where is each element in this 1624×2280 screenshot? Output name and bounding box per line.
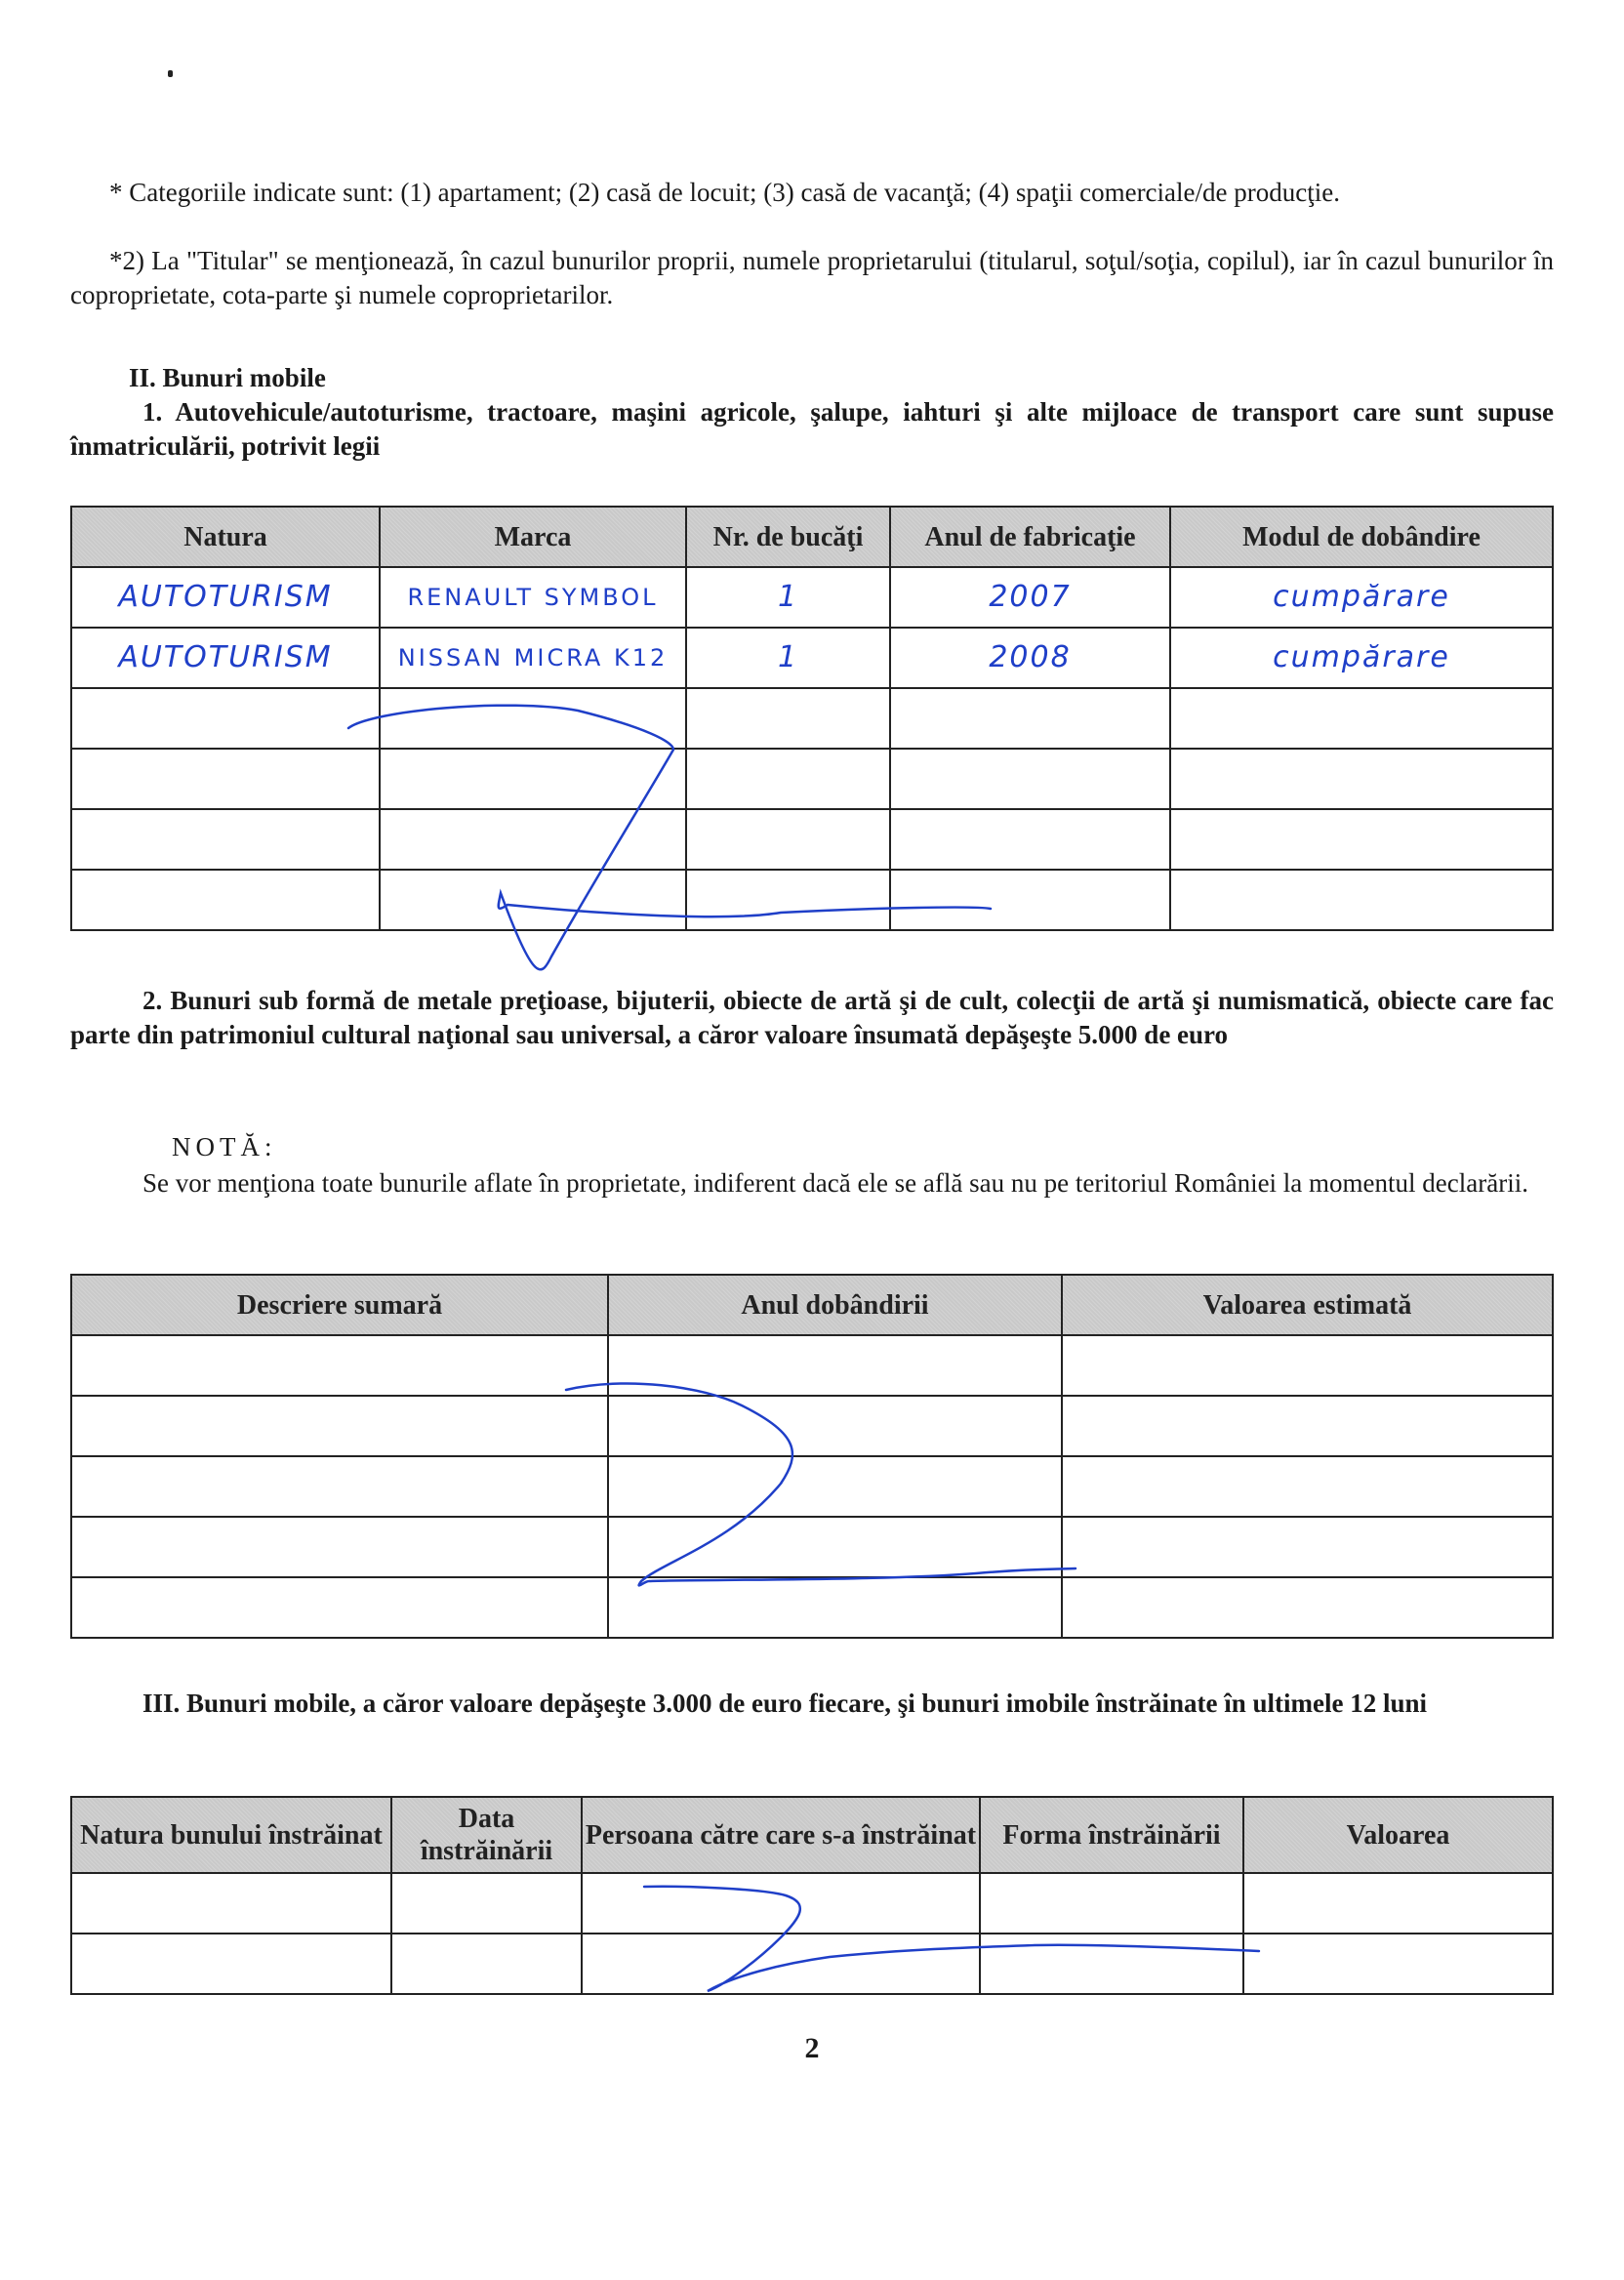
table-row-empty: [71, 1934, 1553, 1994]
cell-marca: RENAULT SYMBOL: [407, 584, 658, 611]
col-header-anul-dobandirii: Anul dobândirii: [608, 1275, 1062, 1335]
table-row-empty: [71, 1396, 1553, 1456]
col-header-natura-bunului: Natura bunului înstrăinat: [71, 1797, 391, 1873]
table-row: AUTOTURISM RENAULT SYMBOL 1 2007 cumpăra…: [71, 567, 1553, 628]
table-row-empty: [71, 1873, 1553, 1934]
col-header-forma-instrainarii: Forma înstrăinării: [980, 1797, 1243, 1873]
col-header-marca: Marca: [380, 507, 686, 567]
scan-speck: [168, 70, 173, 77]
alienated-assets-table: Natura bunului înstrăinat Data înstrăină…: [70, 1796, 1554, 1995]
note-label: NOTĂ:: [172, 1130, 277, 1164]
section-title-bunuri-mobile: II. Bunuri mobile: [129, 361, 714, 395]
subsection-1-title: 1. Autovehicule/autoturisme, tractoare, …: [70, 395, 1554, 464]
page-number: 2: [763, 2032, 861, 2065]
cell-nr: 1: [778, 640, 798, 674]
col-header-anul-fabricatie: Anul de fabricaţie: [890, 507, 1170, 567]
col-header-nr-bucati: Nr. de bucăţi: [686, 507, 890, 567]
cell-natura: AUTOTURISM: [118, 580, 332, 614]
table-row-empty: [71, 1577, 1553, 1638]
col-header-valoarea-estimata: Valoarea estimată: [1062, 1275, 1553, 1335]
col-header-modul-dobandire: Modul de dobândire: [1170, 507, 1553, 567]
cell-an: 2008: [989, 640, 1071, 674]
table-row-empty: [71, 1456, 1553, 1517]
note-text: Se vor menţiona toate bunurile aflate în…: [70, 1166, 1554, 1201]
cell-natura: AUTOTURISM: [118, 640, 332, 674]
table-row-empty: [71, 1335, 1553, 1396]
cell-an: 2007: [989, 580, 1071, 614]
col-header-natura: Natura: [71, 507, 380, 567]
col-header-data-instrainarii: Data înstrăinării: [391, 1797, 582, 1873]
cell-marca: NISSAN MICRA K12: [398, 644, 669, 672]
col-header-persoana: Persoana către care s-a înstrăinat: [582, 1797, 980, 1873]
table-row-empty: [71, 688, 1553, 749]
table-row-empty: [71, 749, 1553, 809]
cell-nr: 1: [778, 580, 798, 614]
valuables-table: Descriere sumară Anul dobândirii Valoare…: [70, 1274, 1554, 1639]
table-row: AUTOTURISM NISSAN MICRA K12 1 2008 cumpă…: [71, 628, 1553, 688]
cell-mod: cumpărare: [1273, 580, 1450, 614]
subsection-2-title: 2. Bunuri sub formă de metale preţioase,…: [70, 984, 1554, 1052]
table-row-empty: [71, 1517, 1553, 1577]
table-row-empty: [71, 809, 1553, 870]
table-row-empty: [71, 870, 1553, 930]
footnote-categories: * Categoriile indicate sunt: (1) apartam…: [70, 176, 1554, 210]
footnote-titular: *2) La "Titular" se menţionează, în cazu…: [70, 244, 1554, 312]
col-header-valoarea: Valoarea: [1243, 1797, 1553, 1873]
vehicles-table: Natura Marca Nr. de bucăţi Anul de fabri…: [70, 506, 1554, 931]
col-header-descriere: Descriere sumară: [71, 1275, 608, 1335]
cell-mod: cumpărare: [1273, 640, 1450, 674]
section-3-title: III. Bunuri mobile, a căror valoare depă…: [70, 1687, 1554, 1721]
